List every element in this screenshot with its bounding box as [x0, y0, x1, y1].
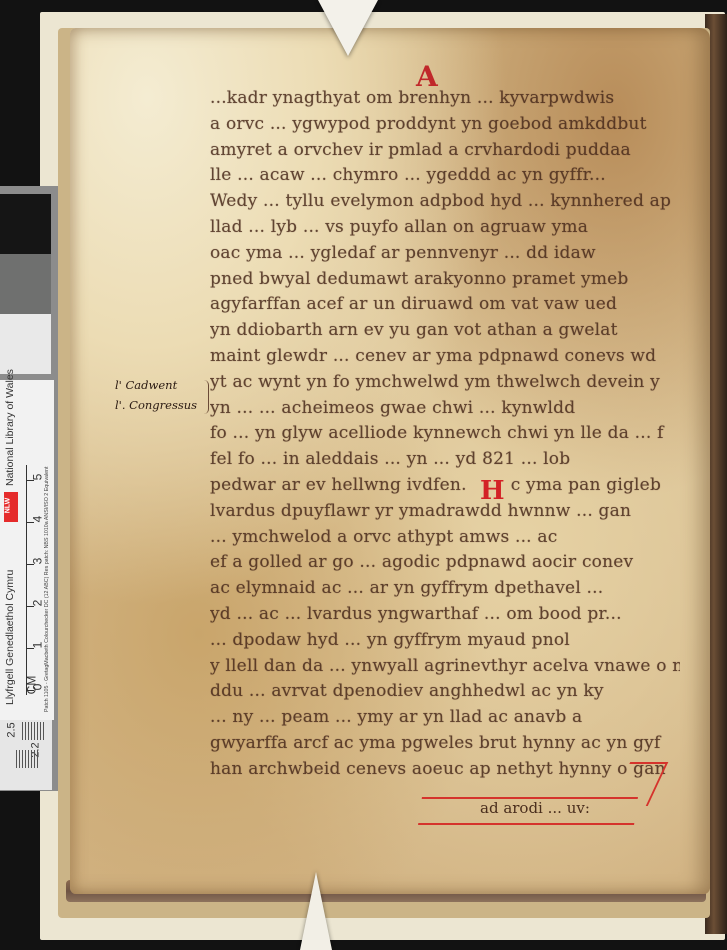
text-line: yd ... ac ... lvardus yngwarthaf ... om … [210, 602, 680, 628]
patch-note: Patch 1105 - GretagMacbeth Colourchecker… [44, 467, 50, 712]
text-line: lle ... acaw ... chymro ... ygeddd ac yn… [210, 163, 680, 189]
text-line: ...kadr ynagthyat om brenhyn ... kyvarpw… [210, 86, 680, 112]
calibration-label-card: Llyfrgell Genedlaethol Cymru NLW Nationa… [0, 380, 54, 720]
text-line: ... ny ... peam ... ymy ar yn llad ac an… [210, 705, 680, 731]
resolution-value: 2.5 [6, 722, 18, 737]
text-line: lvardus dpuyflawr yr ymadrawdd hwnnw ...… [210, 499, 680, 525]
white-patch [0, 314, 51, 374]
margin-annotation: l' Cadwent l'. Congressus [115, 375, 197, 415]
library-name-welsh: Llyfrgell Genedlaethol Cymru [4, 570, 16, 705]
text-line: amyret a orvchev ir pmlad a crvhardodi p… [210, 138, 680, 164]
text-line: oac yma ... ygledaf ar pennvenyr ... dd … [210, 241, 680, 267]
text-line: yn ddiobarth arn ev yu gan vot athan a g… [210, 318, 680, 344]
text-line: yn ... ... acheimeos gwae chwi ... kynwl… [210, 396, 680, 422]
text-line: yt ac wynt yn fo ymchwelwd ym thwelwch d… [210, 370, 680, 396]
margin-note-line: l' Cadwent [115, 375, 197, 395]
page-weight-top [318, 0, 378, 56]
text-line: maint glewdr ... cenev ar yma pdpnawd co… [210, 344, 680, 370]
text-line: han archwbeid cenevs aoeuc ap nethyt hyn… [210, 757, 680, 783]
text-line: y llell dan da ... ynwyall agrinevthyr a… [210, 654, 680, 680]
library-name-english: National Library of Wales [4, 369, 16, 486]
text-line: ef a golled ar go ... agodic pdpnawd aoc… [210, 550, 680, 576]
text-line: gwyarffa arcf ac yma pgweles brut hynny … [210, 731, 680, 757]
text-line: a orvc ... ygwypod proddynt yn goebod am… [210, 112, 680, 138]
ruler-mark: 4 [30, 516, 44, 523]
grey-patch [0, 254, 51, 314]
color-calibration-target: Llyfrgell Genedlaethol Cymru NLW Nationa… [0, 186, 58, 791]
catchword: ad arodi ... uv: [480, 799, 590, 817]
margin-note-line: l'. Congressus [115, 395, 197, 415]
text-line: ... dpodaw hyd ... yn gyffrym myaud pnol [210, 628, 680, 654]
resolution-patch: 2.5 2.2 [0, 720, 52, 790]
nlw-logo-icon: NLW [4, 492, 18, 522]
resolution-bars [22, 722, 46, 740]
ruler-mark: 0 [30, 684, 44, 691]
text-line: fel fo ... in aleddais ... yn ... yd 821… [210, 447, 680, 473]
text-line: agyfarffan acef ar un diruawd om vat vaw… [210, 292, 680, 318]
text-line: ac elymnaid ac ... ar yn gyffrym dpethav… [210, 576, 680, 602]
text-line: ... ymchwelod a orvc athypt amws ... ac [210, 525, 680, 551]
text-line: llad ... lyb ... vs puyfo allan on agrua… [210, 215, 680, 241]
text-line: fo ... yn glyw acelliode kynnewch chwi y… [210, 421, 680, 447]
ruler-mark: 5 [30, 474, 44, 481]
text-line-rest: c yma pan gigleb [511, 475, 661, 495]
resolution-bars [16, 750, 40, 768]
manuscript-page: A ...kadr ynagthyat om brenhyn ... kyvar… [70, 28, 710, 894]
cm-ruler [26, 465, 35, 695]
ruler-mark: 1 [30, 642, 44, 649]
margin-bracket [204, 380, 209, 414]
text-line: pedwar ar ev hellwng ivdfen.c yma pan gi… [210, 473, 680, 499]
ruler-mark: 2 [30, 600, 44, 607]
red-initial-middle: H [480, 476, 505, 506]
text-line-start: pedwar ar ev hellwng ivdfen. [210, 475, 467, 495]
text-line: ddu ... avrvat dpenodiev anghhedwl ac yn… [210, 679, 680, 705]
manuscript-text-block: ...kadr ynagthyat om brenhyn ... kyvarpw… [210, 86, 680, 783]
text-line: pned bwyal dedumawt arakyonno pramet yme… [210, 267, 680, 293]
text-line: Wedy ... tyllu evelymon adpbod hyd ... k… [210, 189, 680, 215]
black-patch [0, 194, 51, 254]
ruler-mark: 3 [30, 558, 44, 565]
page-weight-bottom [300, 872, 332, 950]
